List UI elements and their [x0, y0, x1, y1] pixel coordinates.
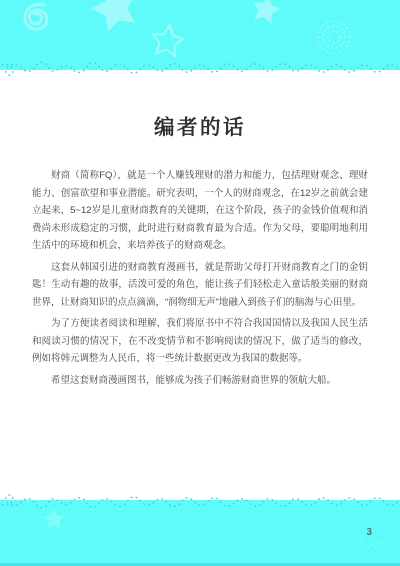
- header-band: [0, 0, 400, 70]
- book-page: 编者的话 财商（简称FQ），就是一个人赚钱理财的潜力和能力，包括理财观念、理财能…: [0, 0, 400, 566]
- paragraph: 这套从韩国引进的财商教育漫画书，就是帮助父母打开财商教育之门的金钥匙！生动有趣的…: [32, 259, 368, 312]
- page-number: 3: [366, 527, 372, 538]
- preface-text: 财商（简称FQ），就是一个人赚钱理财的潜力和能力，包括理财观念、理财能力、创富欲…: [32, 167, 368, 393]
- paragraph: 希望这套财商漫画图书，能够成为孩子们畅游财商世界的领航大船。: [32, 372, 368, 390]
- footer-band: [0, 500, 400, 566]
- paragraph: 财商（简称FQ），就是一个人赚钱理财的潜力和能力，包括理财观念、理财能力、创富欲…: [32, 167, 368, 255]
- paragraph: 为了方便读者阅读和理解，我们将原书中不符合我国国情以及我国人民生活和阅读习惯的情…: [32, 315, 368, 368]
- page-title: 编者的话: [0, 110, 400, 140]
